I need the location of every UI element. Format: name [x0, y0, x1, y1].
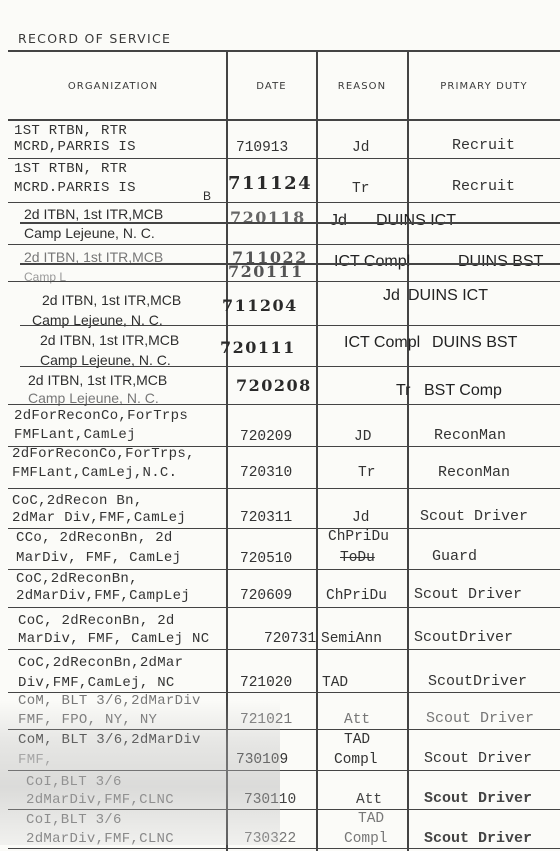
- organization-line: Camp Lejeune, N. C.: [24, 226, 155, 241]
- primary-duty-cell: ScoutDriver: [428, 674, 527, 689]
- reason-cell: Jd: [330, 213, 347, 228]
- date-cell: 720510: [240, 552, 292, 567]
- reason-cell: Att: [344, 713, 370, 728]
- row-divider: [8, 202, 560, 203]
- row-divider: [8, 649, 560, 650]
- organization-line: 2d ITBN, 1st ITR,MCB: [24, 207, 163, 222]
- organization-line: CoC,2dRecon Bn,: [12, 494, 143, 509]
- reason-cell: Compl: [344, 832, 388, 847]
- organization-line: CoC,2dReconBn,: [16, 572, 138, 587]
- organization-line: MarDiv, FMF, CamLej NC: [18, 632, 209, 647]
- organization-line: 2d ITBN, 1st ITR,MCB: [42, 293, 181, 308]
- primary-duty-cell: Guard: [432, 549, 477, 564]
- organization-line: MarDiv, FMF, CamLej: [16, 551, 181, 566]
- row-divider: [8, 848, 560, 849]
- reason-cell: SemiAnn: [321, 632, 382, 647]
- organization-line: 2dMar Div,FMF,CamLej: [12, 511, 186, 526]
- organization-line: CCo, 2dReconBn, 2d: [16, 531, 173, 546]
- date-cell: 720209: [240, 430, 292, 445]
- photocopy-smudge: [0, 700, 280, 845]
- reason-cell: Jd: [352, 511, 369, 526]
- primary-duty-cell: ReconMan: [438, 465, 510, 480]
- date-cell: 720208: [236, 378, 312, 393]
- row-divider: [8, 158, 560, 159]
- reason-cell: Jd: [352, 141, 369, 156]
- row-divider: [8, 528, 560, 529]
- date-cell: 711204: [222, 298, 298, 313]
- reason-cell: Tr: [358, 466, 375, 481]
- date-cell: 711124: [228, 176, 312, 191]
- organization-line: Camp L: [24, 270, 66, 285]
- organization-line: CoC,2dReconBn,2dMar: [18, 656, 183, 671]
- row-divider: [8, 404, 560, 405]
- organization-line: Div,FMF,CamLej, NC: [18, 676, 175, 691]
- reason-cell-struck: ToDu: [340, 551, 375, 566]
- row-divider: [8, 281, 560, 282]
- primary-duty-cell: DUINS BST: [432, 335, 517, 350]
- primary-duty-cell: Scout Driver: [424, 751, 532, 766]
- primary-duty-cell: DUINS ICT: [408, 288, 488, 303]
- header-bottom-rule: [8, 119, 560, 121]
- date-cell: 720731: [264, 632, 316, 647]
- reason-cell: Jd: [383, 288, 400, 303]
- reason-cell: TAD: [358, 812, 384, 827]
- organization-line: 2dMarDiv,FMF,CampLej: [16, 589, 190, 604]
- strike-line: [20, 263, 560, 265]
- primary-duty-cell: DUINS ICT: [376, 213, 456, 228]
- date-cell: 720609: [240, 589, 292, 604]
- row-divider: [8, 607, 560, 608]
- primary-duty-cell: Scout Driver: [424, 831, 532, 846]
- organization-line: 2dForReconCo,ForTrps,: [12, 447, 195, 462]
- organization-line: CoC, 2dReconBn, 2d: [18, 614, 175, 629]
- column-header-date: DATE: [227, 52, 316, 120]
- reason-cell: TAD: [322, 676, 348, 691]
- reason-cell: ICT Compl: [344, 335, 420, 350]
- reason-cell: ChPriDu: [326, 589, 387, 604]
- date-cell: 720311: [240, 511, 292, 526]
- primary-duty-cell: DUINS BST: [458, 254, 543, 269]
- column-header-organization: ORGANIZATION: [0, 52, 226, 120]
- organization-line: 1ST RTBN, RTR: [14, 162, 127, 177]
- organization-line: FMFLant,CamLej: [14, 428, 136, 443]
- column-divider: [316, 50, 318, 851]
- date-cell: 720310: [240, 466, 292, 481]
- organization-line: 1ST RTBN, RTR: [14, 124, 127, 139]
- date-cell: 721020: [240, 676, 292, 691]
- organization-line: 2d ITBN, 1st ITR,MCB: [28, 373, 167, 388]
- primary-duty-cell: Scout Driver: [424, 791, 532, 806]
- reason-cell: Tr: [352, 182, 369, 197]
- column-divider: [407, 50, 409, 851]
- primary-duty-cell: Recruit: [452, 179, 515, 194]
- organization-line: 2d ITBN, 1st ITR,MCB: [40, 333, 179, 348]
- row-divider: [8, 488, 560, 489]
- primary-duty-cell: Scout Driver: [426, 711, 534, 726]
- date-cell: 720111: [220, 340, 296, 355]
- strike-line: [20, 222, 560, 224]
- reason-cell: ICT Compl: [334, 254, 410, 269]
- date-overstamp: 720111: [228, 264, 304, 279]
- organization-line: MCRD.PARRIS IS: [14, 181, 136, 196]
- row-divider: [20, 325, 560, 326]
- reason-cell: JD: [354, 430, 371, 445]
- row-divider: [20, 366, 560, 367]
- primary-duty-cell: Scout Driver: [414, 587, 522, 602]
- reason-cell: TAD: [344, 733, 370, 748]
- primary-duty-cell: BST Comp: [424, 383, 502, 398]
- row-divider: [8, 244, 560, 245]
- reason-cell: ChPriDu: [328, 530, 389, 545]
- column-header-primary-duty: PRIMARY DUTY: [408, 52, 560, 120]
- organization-line: MCRD,PARRIS IS: [14, 140, 136, 155]
- row-divider: [8, 569, 560, 570]
- reason-cell: Tr: [396, 383, 411, 398]
- organization-line: FMFLant,CamLej,N.C.: [12, 466, 177, 481]
- reason-cell: Att: [356, 793, 382, 808]
- date-cell: 710913: [236, 141, 288, 156]
- column-header-reason: REASON: [317, 52, 407, 120]
- primary-duty-cell: ScoutDriver: [414, 630, 513, 645]
- page-title: RECORD OF SERVICE: [18, 31, 171, 46]
- primary-duty-cell: ReconMan: [434, 428, 506, 443]
- primary-duty-cell: Scout Driver: [420, 509, 528, 524]
- reason-cell: Compl: [334, 753, 378, 768]
- organization-line: 2dForReconCo,ForTrps: [14, 409, 188, 424]
- primary-duty-cell: Recruit: [452, 138, 515, 153]
